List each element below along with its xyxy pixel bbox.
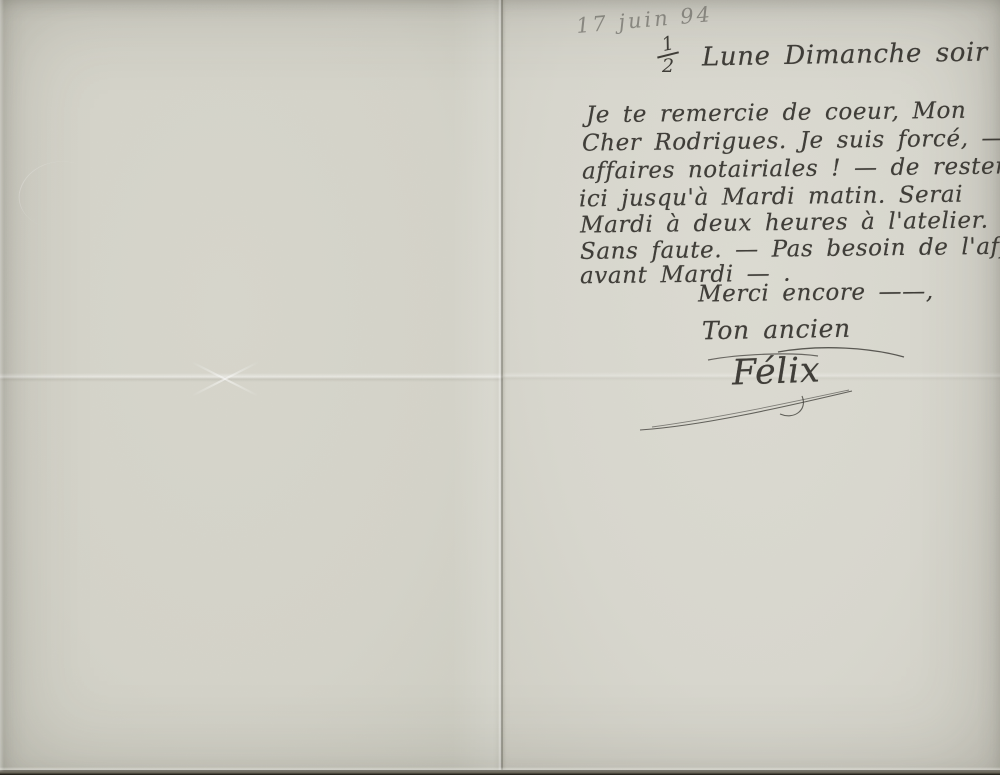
letter-page-left-blank	[0, 0, 503, 770]
letter-closing: Merci encore ——,	[698, 279, 934, 308]
horizontal-fold-crease-left	[0, 373, 503, 382]
letter-heading-place-time: Lune Dimanche soir	[702, 38, 988, 73]
heading-fraction-half: 1 2	[655, 36, 681, 75]
paper-left-edge	[0, 0, 4, 775]
paper-bottom-edge	[0, 767, 1000, 775]
letter-body-line: Cher Rodrigues. Je suis forcé, —	[582, 125, 1000, 156]
center-fold-line	[498, 0, 506, 770]
center-fold-shading	[452, 0, 500, 770]
letter-body-line: Je te remercie de coeur, Mon	[586, 98, 967, 129]
letter-scan: 17 juin 94 1 2 Lune Dimanche soir Je te …	[0, 0, 1000, 775]
letter-signature: Félix	[731, 350, 821, 393]
letter-valediction: Ton ancien	[702, 314, 851, 346]
paper-crease-diagonal	[11, 149, 110, 241]
fraction-denominator: 2	[655, 57, 681, 75]
letter-body-line: affaires notairiales ! — de rester	[582, 153, 1000, 184]
